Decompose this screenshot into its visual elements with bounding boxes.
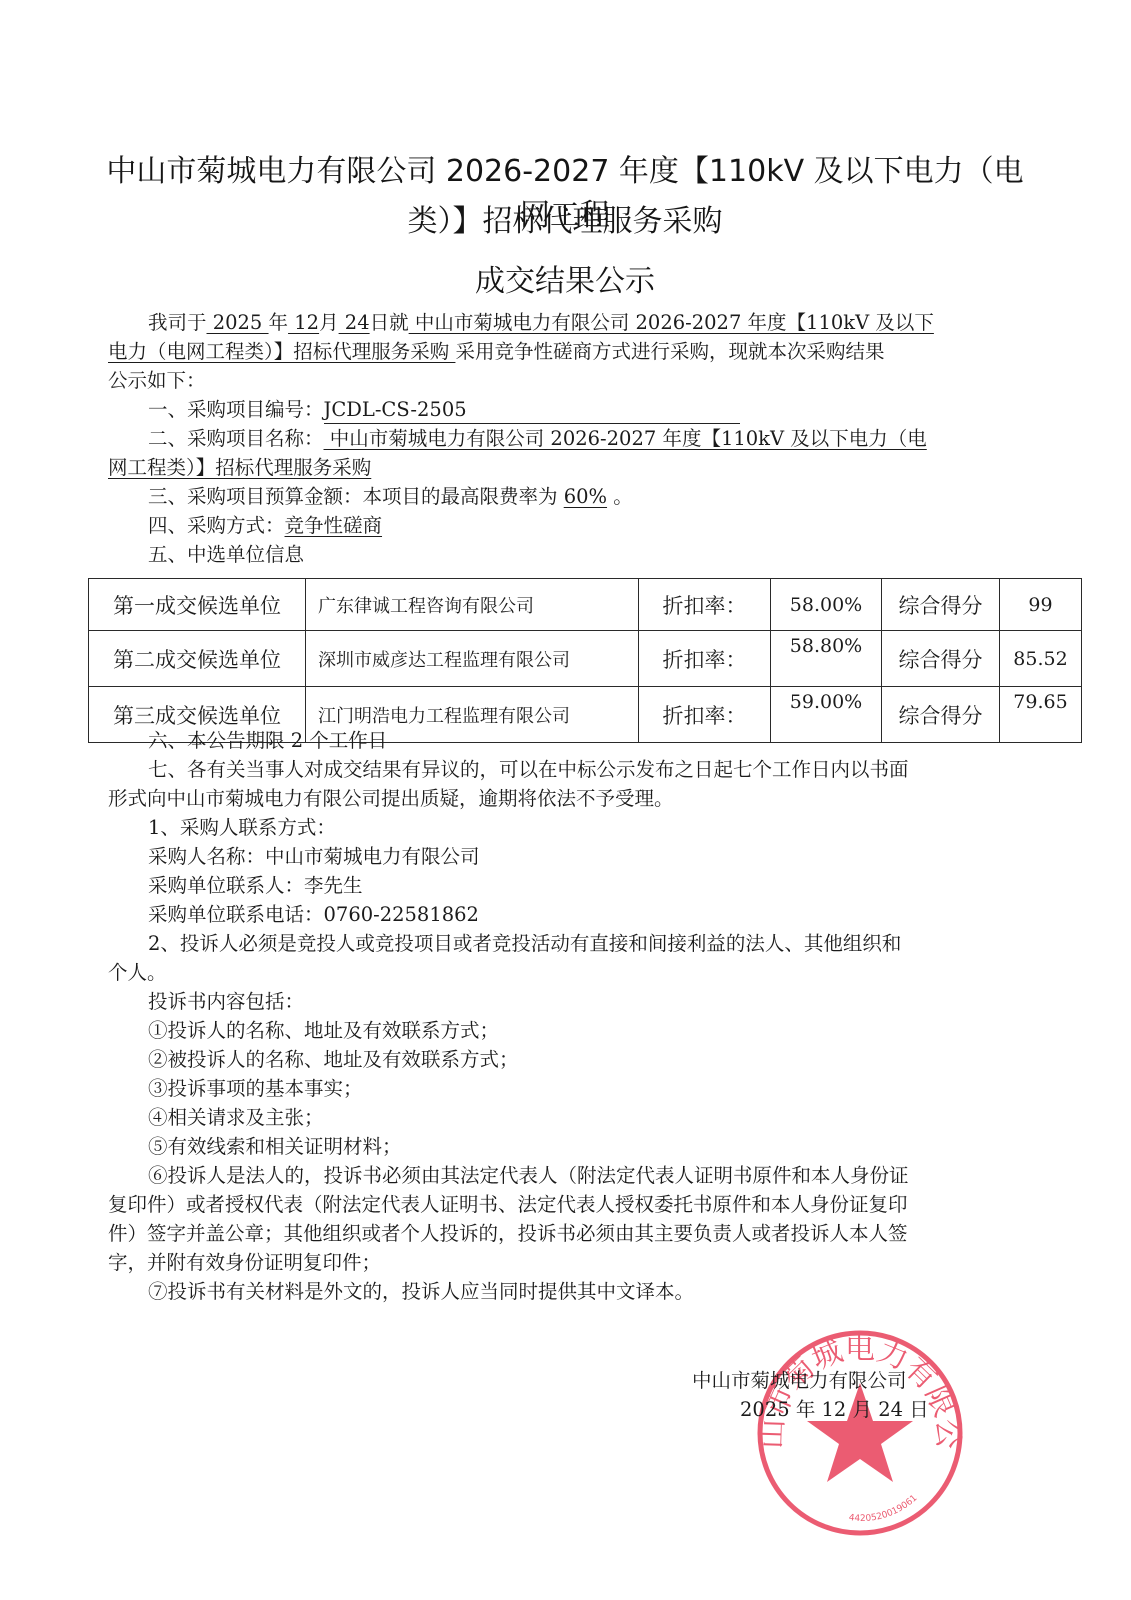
intro-day: 24 — [339, 311, 370, 334]
objection-line1: 七、各有关当事人对成交结果有异议的，可以在中标公示发布之日起七个工作日内以书面 — [108, 757, 1068, 783]
complaint-item-2: ②被投诉人的名称、地址及有效联系方式； — [108, 1047, 1068, 1073]
intro-project-name: 中山市菊城电力有限公司 2026-2027 年度【110kV 及以下 — [409, 311, 934, 334]
discount-value: 58.00% — [771, 579, 882, 631]
intro-line3: 公示如下： — [108, 368, 1028, 394]
complaint-item-3: ③投诉事项的基本事实； — [108, 1076, 1068, 1102]
discount-value: 58.80% — [771, 631, 882, 687]
objection-line2: 形式向中山市菊城电力有限公司提出质疑，逾期将依法不予受理。 — [108, 786, 1028, 812]
intro-month-unit: 月 — [319, 311, 339, 334]
candidates-table: 第一成交候选单位 广东律诚工程咨询有限公司 折扣率： 58.00% 综合得分 9… — [88, 578, 1082, 743]
procurement-method: 竞争性磋商 — [285, 514, 383, 537]
item3-label: 三、采购项目预算金额：本项目的最高限费率为 — [148, 485, 564, 508]
item-project-name-cont: 网工程类）】招标代理服务采购 — [108, 455, 1028, 481]
intro-day-unit: 日就 — [370, 311, 409, 334]
discount-label: 折扣率： — [639, 631, 771, 687]
intro-line1: 我司于 2025 年 12月 24日就 中山市菊城电力有限公司 2026-202… — [108, 310, 1068, 336]
document-title-line2: 类）】招标代理服务采购 — [100, 196, 1030, 240]
score-value: 99 — [1000, 579, 1082, 631]
table-row: 第二成交候选单位 深圳市威彦达工程监理有限公司 折扣率： 58.80% 综合得分… — [89, 631, 1082, 687]
item-winners-heading: 五、中选单位信息 — [108, 542, 1068, 568]
item-method: 四、采购方式：竞争性磋商 — [108, 513, 1068, 539]
score-label: 综合得分 — [882, 631, 1000, 687]
candidate-name: 深圳市威彦达工程监理有限公司 — [306, 631, 639, 687]
notice-period: 六、本公告期限 2 个工作日 — [108, 728, 1068, 754]
max-fee-rate: 60% — [564, 485, 607, 508]
score-value: 85.52 — [1000, 631, 1082, 687]
stamp-code: 4420520019061 — [848, 1493, 919, 1524]
document-page: 中山市菊城电力有限公司 2026-2027 年度【110kV 及以下电力（电网工… — [0, 0, 1131, 1600]
item2-label: 二、采购项目名称： — [148, 427, 324, 450]
complaint-item-6-line1: ⑥投诉人是法人的，投诉书必须由其法定代表人（附法定代表人证明书原件和本人身份证 — [108, 1163, 1068, 1189]
complaint-item-6-line4: 字，并附有效身份证明复印件； — [108, 1250, 1028, 1276]
complaint-item-6-line3: 件）签字并盖公章；其他组织或者个人投诉的，投诉书必须由其主要负责人或者投诉人本人… — [108, 1221, 1028, 1247]
document-subtitle: 成交结果公示 — [100, 256, 1030, 300]
complaint-eligibility-line2: 个人。 — [108, 960, 1028, 986]
svg-text:4420520019061: 4420520019061 — [848, 1493, 919, 1524]
company-seal-icon: 中山市菊城电力有限公司 4420520019061 — [755, 1328, 965, 1538]
contact-heading: 1、采购人联系方式： — [108, 815, 1068, 841]
project-name-value-cont: 网工程类）】招标代理服务采购 — [108, 456, 371, 479]
signature-company: 中山市菊城电力有限公司 — [692, 1365, 907, 1393]
complaint-eligibility-line1: 2、投诉人必须是竞投人或竞投项目或者竞投活动有直接和间接利益的法人、其他组织和 — [108, 931, 1068, 957]
candidate-rank: 第二成交候选单位 — [89, 631, 306, 687]
signature-date: 2025 年 12 月 24 日 — [740, 1394, 929, 1422]
intro-suffix: 采用竞争性磋商方式进行采购，现就本次采购结果 — [455, 340, 884, 363]
discount-label: 折扣率： — [639, 579, 771, 631]
complaint-item-5: ⑤有效线索和相关证明材料； — [108, 1134, 1068, 1160]
item3-suffix: 。 — [607, 485, 633, 508]
item-project-name: 二、采购项目名称： 中山市菊城电力有限公司 2026-2027 年度【110kV… — [108, 426, 1068, 452]
item-project-number: 一、采购项目编号： JCDL-CS-2505 — [108, 397, 1068, 424]
complaint-contents-heading: 投诉书内容包括： — [108, 989, 1068, 1015]
intro-project-name-cont: 电力（电网工程类）】招标代理服务采购 — [108, 340, 455, 363]
buyer-name: 采购人名称：中山市菊城电力有限公司 — [108, 844, 1068, 870]
complaint-item-7: ⑦投诉书有关材料是外文的，投诉人应当同时提供其中文译本。 — [108, 1279, 1068, 1305]
table-row: 第一成交候选单位 广东律诚工程咨询有限公司 折扣率： 58.00% 综合得分 9… — [89, 579, 1082, 631]
complaint-item-1: ①投诉人的名称、地址及有效联系方式； — [108, 1018, 1068, 1044]
item4-label: 四、采购方式： — [148, 514, 285, 537]
project-name-value: 中山市菊城电力有限公司 2026-2027 年度【110kV 及以下电力（电 — [324, 427, 927, 450]
item-budget: 三、采购项目预算金额：本项目的最高限费率为 60% 。 — [108, 484, 1068, 510]
candidate-rank: 第一成交候选单位 — [89, 579, 306, 631]
complaint-item-4: ④相关请求及主张； — [108, 1105, 1068, 1131]
intro-month: 12 — [288, 311, 319, 334]
intro-year: 2025 — [207, 311, 269, 334]
candidate-name: 广东律诚工程咨询有限公司 — [306, 579, 639, 631]
project-number-value: JCDL-CS-2505 — [324, 397, 740, 424]
intro-line2: 电力（电网工程类）】招标代理服务采购 采用竞争性磋商方式进行采购，现就本次采购结… — [108, 339, 1028, 365]
intro-year-unit: 年 — [269, 311, 289, 334]
score-label: 综合得分 — [882, 579, 1000, 631]
intro-prefix: 我司于 — [148, 311, 207, 334]
item1-label: 一、采购项目编号： — [148, 398, 324, 421]
complaint-item-6-line2: 复印件）或者授权代表（附法定代表人证明书、法定代表人授权委托书原件和本人身份证复… — [108, 1192, 1028, 1218]
contact-phone: 采购单位联系电话：0760-22581862 — [108, 902, 1068, 928]
contact-person: 采购单位联系人：李先生 — [108, 873, 1068, 899]
